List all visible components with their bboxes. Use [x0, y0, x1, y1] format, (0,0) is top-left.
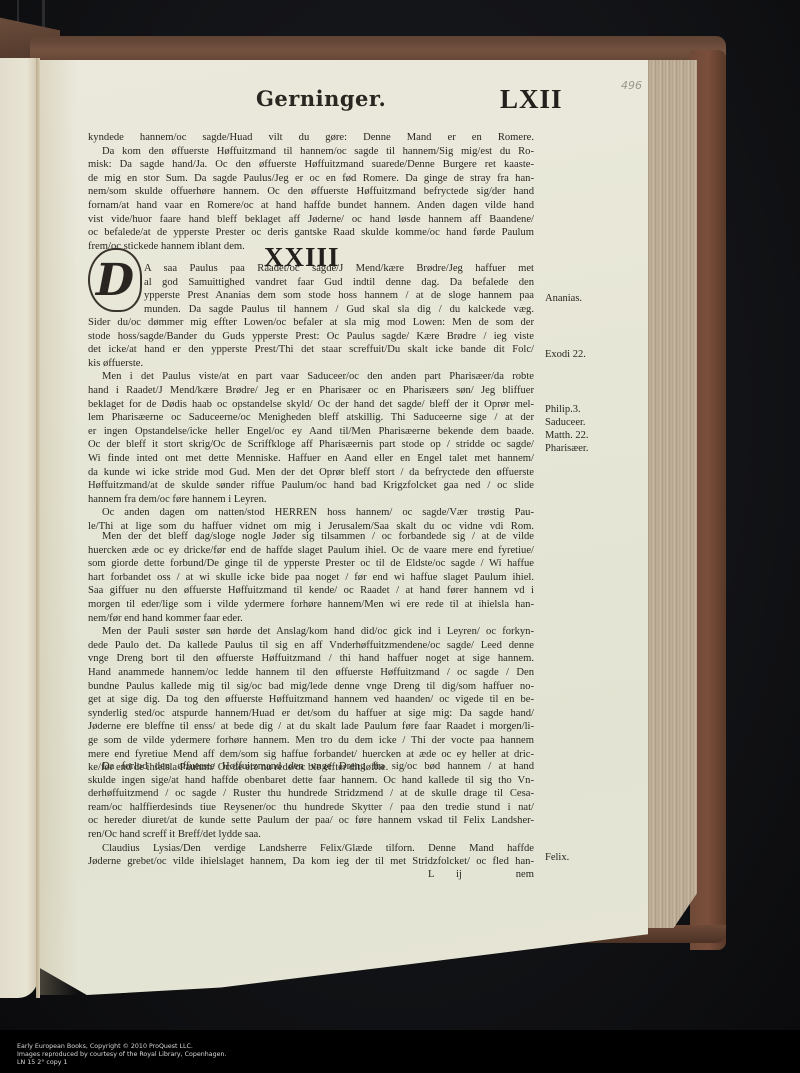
- decorated-initial: D: [88, 248, 142, 312]
- marginal-note: Felix.: [545, 852, 569, 865]
- text-line: Jøderne ere bleffne til enss/ at bede di…: [88, 720, 534, 734]
- text-block-4: Da forlod den øffuerste Høffuitzmand den…: [88, 760, 534, 869]
- marginal-note: Ananias.: [545, 293, 582, 306]
- text-line: Saa giffuer nu den øffuerste Høffuitzman…: [88, 584, 534, 598]
- text-block-3: Men der det bleff dag/sloge nogle Jøder …: [88, 530, 534, 775]
- text-line: munden. Da sagde Paulus til hannem / Gud…: [144, 303, 534, 317]
- text-line: hannem fra dem/oc føre hannem i Leyren.: [88, 493, 534, 507]
- text-line: ren/Oc hand screff it Breff/det lydde sa…: [88, 828, 534, 842]
- text-line: huercken æde oc ey dricke/før end de haf…: [88, 544, 534, 558]
- text-line: A saa Paulus paa Raadet/oc sagde/J Mend/…: [144, 262, 534, 276]
- text-line: ypperste Prest Ananias dem som stode hos…: [144, 289, 534, 303]
- text-line: vnge Dreng bort til den øffuerste Høffui…: [88, 652, 534, 666]
- text-line: nem/før end hand kommer faar eder.: [88, 612, 534, 626]
- marginal-note: Pharisæer.: [545, 443, 588, 456]
- marginal-note: Saduceer.: [545, 417, 586, 430]
- page-footer-line: L ij nem: [88, 869, 534, 883]
- text-line: bundne Paulus kallede mig til sig/oc bad…: [88, 680, 534, 694]
- text-line: Høffuitzmand/at de skulde sønder riffue …: [88, 479, 534, 493]
- text-line: synderlig sted/oc atspurde hannem/Huad e…: [88, 707, 534, 721]
- text-block-2a: A saa Paulus paa Raadet/oc sagde/J Mend/…: [144, 262, 534, 316]
- text-line: hand i Raadet/J Mend/kære Brødre/ Jeg er…: [88, 384, 534, 398]
- text-line: get at sige dig. Da tog den øffuerste Hø…: [88, 693, 534, 707]
- text-line: Sider du/oc dømmer mig effter Lowen/oc b…: [88, 316, 534, 330]
- copyright-notice: Early European Books, Copyright © 2010 P…: [17, 1043, 226, 1068]
- copyright-line: Early European Books, Copyright © 2010 P…: [17, 1043, 226, 1051]
- folio-number: LXII: [500, 84, 563, 115]
- text-line: Claudius Lysias/Den verdige Landsherre F…: [88, 842, 534, 856]
- text-line: stode hoss/sagde/Bander du Guds ypperste…: [88, 330, 534, 344]
- shelfmark-line: LN 15 2° copy 1: [17, 1059, 226, 1067]
- signature-mark: L: [428, 869, 434, 880]
- text-line: nem/som skulde offuerhøre hannem. Oc den…: [88, 185, 534, 199]
- text-line: Da forlod den øffuerste Høffuitzmand den…: [88, 760, 534, 774]
- text-line: Wi finde inted ont met dette Menniske. H…: [88, 452, 534, 466]
- text-line: da kunde wi icke stride mod Gud. Men der…: [88, 466, 534, 480]
- left-page-sliver: [0, 58, 38, 998]
- text-line: dede Paulo det. Da kallede Paulus til si…: [88, 639, 534, 653]
- text-line: som giorde dette forbund/De ginge til de…: [88, 557, 534, 571]
- text-line: hart forbandet oss / at wi skulle icke b…: [88, 571, 534, 585]
- text-line: Men i det Paulus viste/at en part vaar S…: [88, 370, 534, 384]
- text-line: vist vide/huor faare hand bleff beklaget…: [88, 213, 534, 227]
- text-line: Jøderne grebet/oc vilde ihielslaget hann…: [88, 855, 534, 869]
- text-line: beklaget for de Dødis haab oc opstandels…: [88, 398, 534, 412]
- marginal-note: Matth. 22.: [545, 430, 588, 443]
- text-line: er ingen Opstandelse/icke heller Engel/o…: [88, 425, 534, 439]
- text-line: misk: Da sagde hand/Ja. Oc den øffuerste…: [88, 158, 534, 172]
- text-line: Oc der bleff it stort skrig/Oc de Scriff…: [88, 438, 534, 452]
- page-fore-edge: [645, 60, 697, 928]
- text-line: ge som de vilde ydermere forhøre hannem.…: [88, 734, 534, 748]
- marginal-note: Exodi 22.: [545, 349, 586, 362]
- text-line: morgen til eder/lige som i vilde ydermer…: [88, 598, 534, 612]
- text-line: Hand anammede hannem/oc ledde hannem til…: [88, 666, 534, 680]
- book-gutter: [36, 58, 40, 998]
- text-line: de mig en stor Sum. Da sagde Paulus/Jeg …: [88, 172, 534, 186]
- text-line: oc hereder diuret/at de kunde sette Paul…: [88, 814, 534, 828]
- text-line: skulde ingen sige/at hand haffde obenbar…: [88, 774, 534, 788]
- text-line: fornam/at hand vaar en Romere/oc at hand…: [88, 199, 534, 213]
- text-line: al god Samuittighed vandret faar Gud ind…: [144, 276, 534, 290]
- text-line: kyndede hannem/oc sagde/Huad vilt du gør…: [88, 131, 534, 145]
- text-line: Men der Pauli søster søn hørde det Ansla…: [88, 625, 534, 639]
- text-line: Da kom den øffuerste Høffuitzmand til ha…: [88, 145, 534, 159]
- running-head: Gerninger.: [256, 86, 386, 111]
- gutter-shadow: [38, 60, 78, 995]
- text-block-1: kyndede hannem/oc sagde/Huad vilt du gør…: [88, 131, 534, 253]
- text-line: Oc anden dagen om natten/stod HERREN hos…: [88, 506, 534, 520]
- text-line: ream/oc halffierdesinds tiue Reysener/oc…: [88, 801, 534, 815]
- catchword: nem: [516, 869, 534, 880]
- text-line: oc befalede/at de ypperste Prester oc de…: [88, 226, 534, 240]
- text-line: Men der det bleff dag/sloge nogle Jøder …: [88, 530, 534, 544]
- text-block-2b: Sider du/oc dømmer mig effter Lowen/oc b…: [88, 316, 534, 534]
- text-line: det icke/at hand er den ypperste Prest/T…: [88, 343, 534, 357]
- text-line: kis øffuerste.: [88, 357, 534, 371]
- signature-number: ij: [456, 869, 462, 880]
- text-line: derhøffuitzmend / oc sagde / Ruster thu …: [88, 787, 534, 801]
- marginal-note: Philip.3.: [545, 404, 581, 417]
- text-line: lem Pharisæerne oc Saduceerne/oc Menighe…: [88, 411, 534, 425]
- handwritten-page-number: 496: [621, 79, 642, 92]
